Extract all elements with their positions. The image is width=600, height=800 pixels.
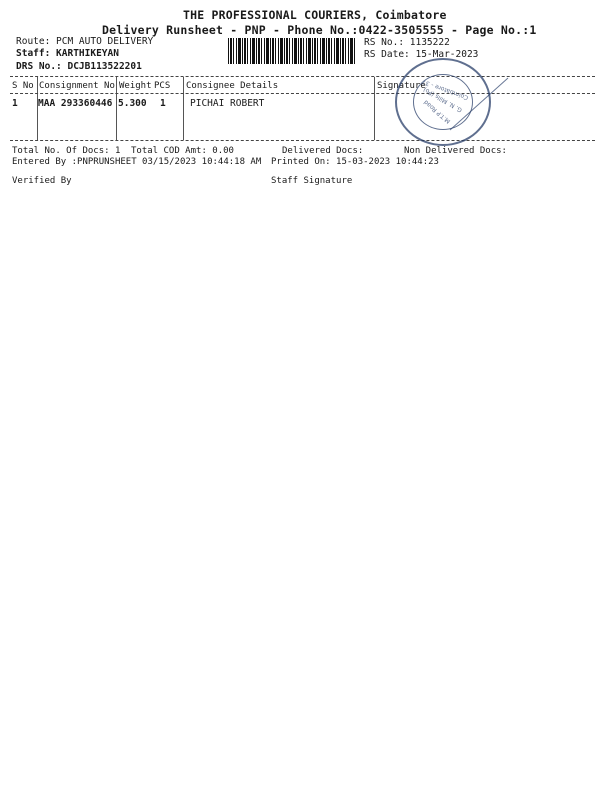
total-cod: Total COD Amt: 0.00: [131, 146, 234, 156]
company-title: THE PROFESSIONAL COURIERS, Coimbatore: [183, 8, 447, 22]
col-divider: [183, 77, 184, 140]
column-header: S No: [12, 81, 34, 91]
rs-date: RS Date: 15-Mar-2023: [364, 49, 478, 60]
entered-by: Entered By :PNPRUNSHEET 03/15/2023 10:44…: [12, 157, 261, 167]
column-header: Consignee Details: [186, 81, 278, 91]
column-header: Consignment No: [39, 81, 115, 91]
delivered-docs: Delivered Docs:: [282, 146, 363, 156]
col-divider: [374, 77, 375, 140]
verified-by-label: Verified By: [12, 176, 72, 186]
signature-stroke: [440, 70, 520, 140]
non-delivered-docs: Non Delivered Docs:: [404, 146, 507, 156]
column-header: PCS: [154, 81, 170, 91]
barcode: [228, 38, 356, 64]
col-divider: [116, 77, 117, 140]
staff-signature-label: Staff Signature: [271, 176, 352, 186]
route-label: Route: PCM AUTO DELIVERY: [16, 36, 153, 47]
printed-on: Printed On: 15-03-2023 10:44:23: [271, 157, 439, 167]
table-bottom-divider: [10, 140, 595, 141]
cell-s-no: 1: [12, 98, 18, 109]
staff-label: Staff: KARTHIKEYAN: [16, 48, 119, 59]
cell-pcs: 1: [160, 98, 166, 109]
rs-number: RS No.: 1135222: [364, 37, 450, 48]
cell-weight: 5.300: [118, 98, 147, 109]
total-docs: Total No. Of Docs: 1: [12, 146, 120, 156]
cell-consignment-no: MAA 293360446: [38, 98, 112, 109]
cell-consignee: PICHAI ROBERT: [190, 98, 264, 109]
document-subtitle: Delivery Runsheet - PNP - Phone No.:0422…: [102, 23, 537, 37]
column-header: Weight: [119, 81, 152, 91]
drs-number: DRS No.: DCJB113522201: [16, 61, 142, 72]
